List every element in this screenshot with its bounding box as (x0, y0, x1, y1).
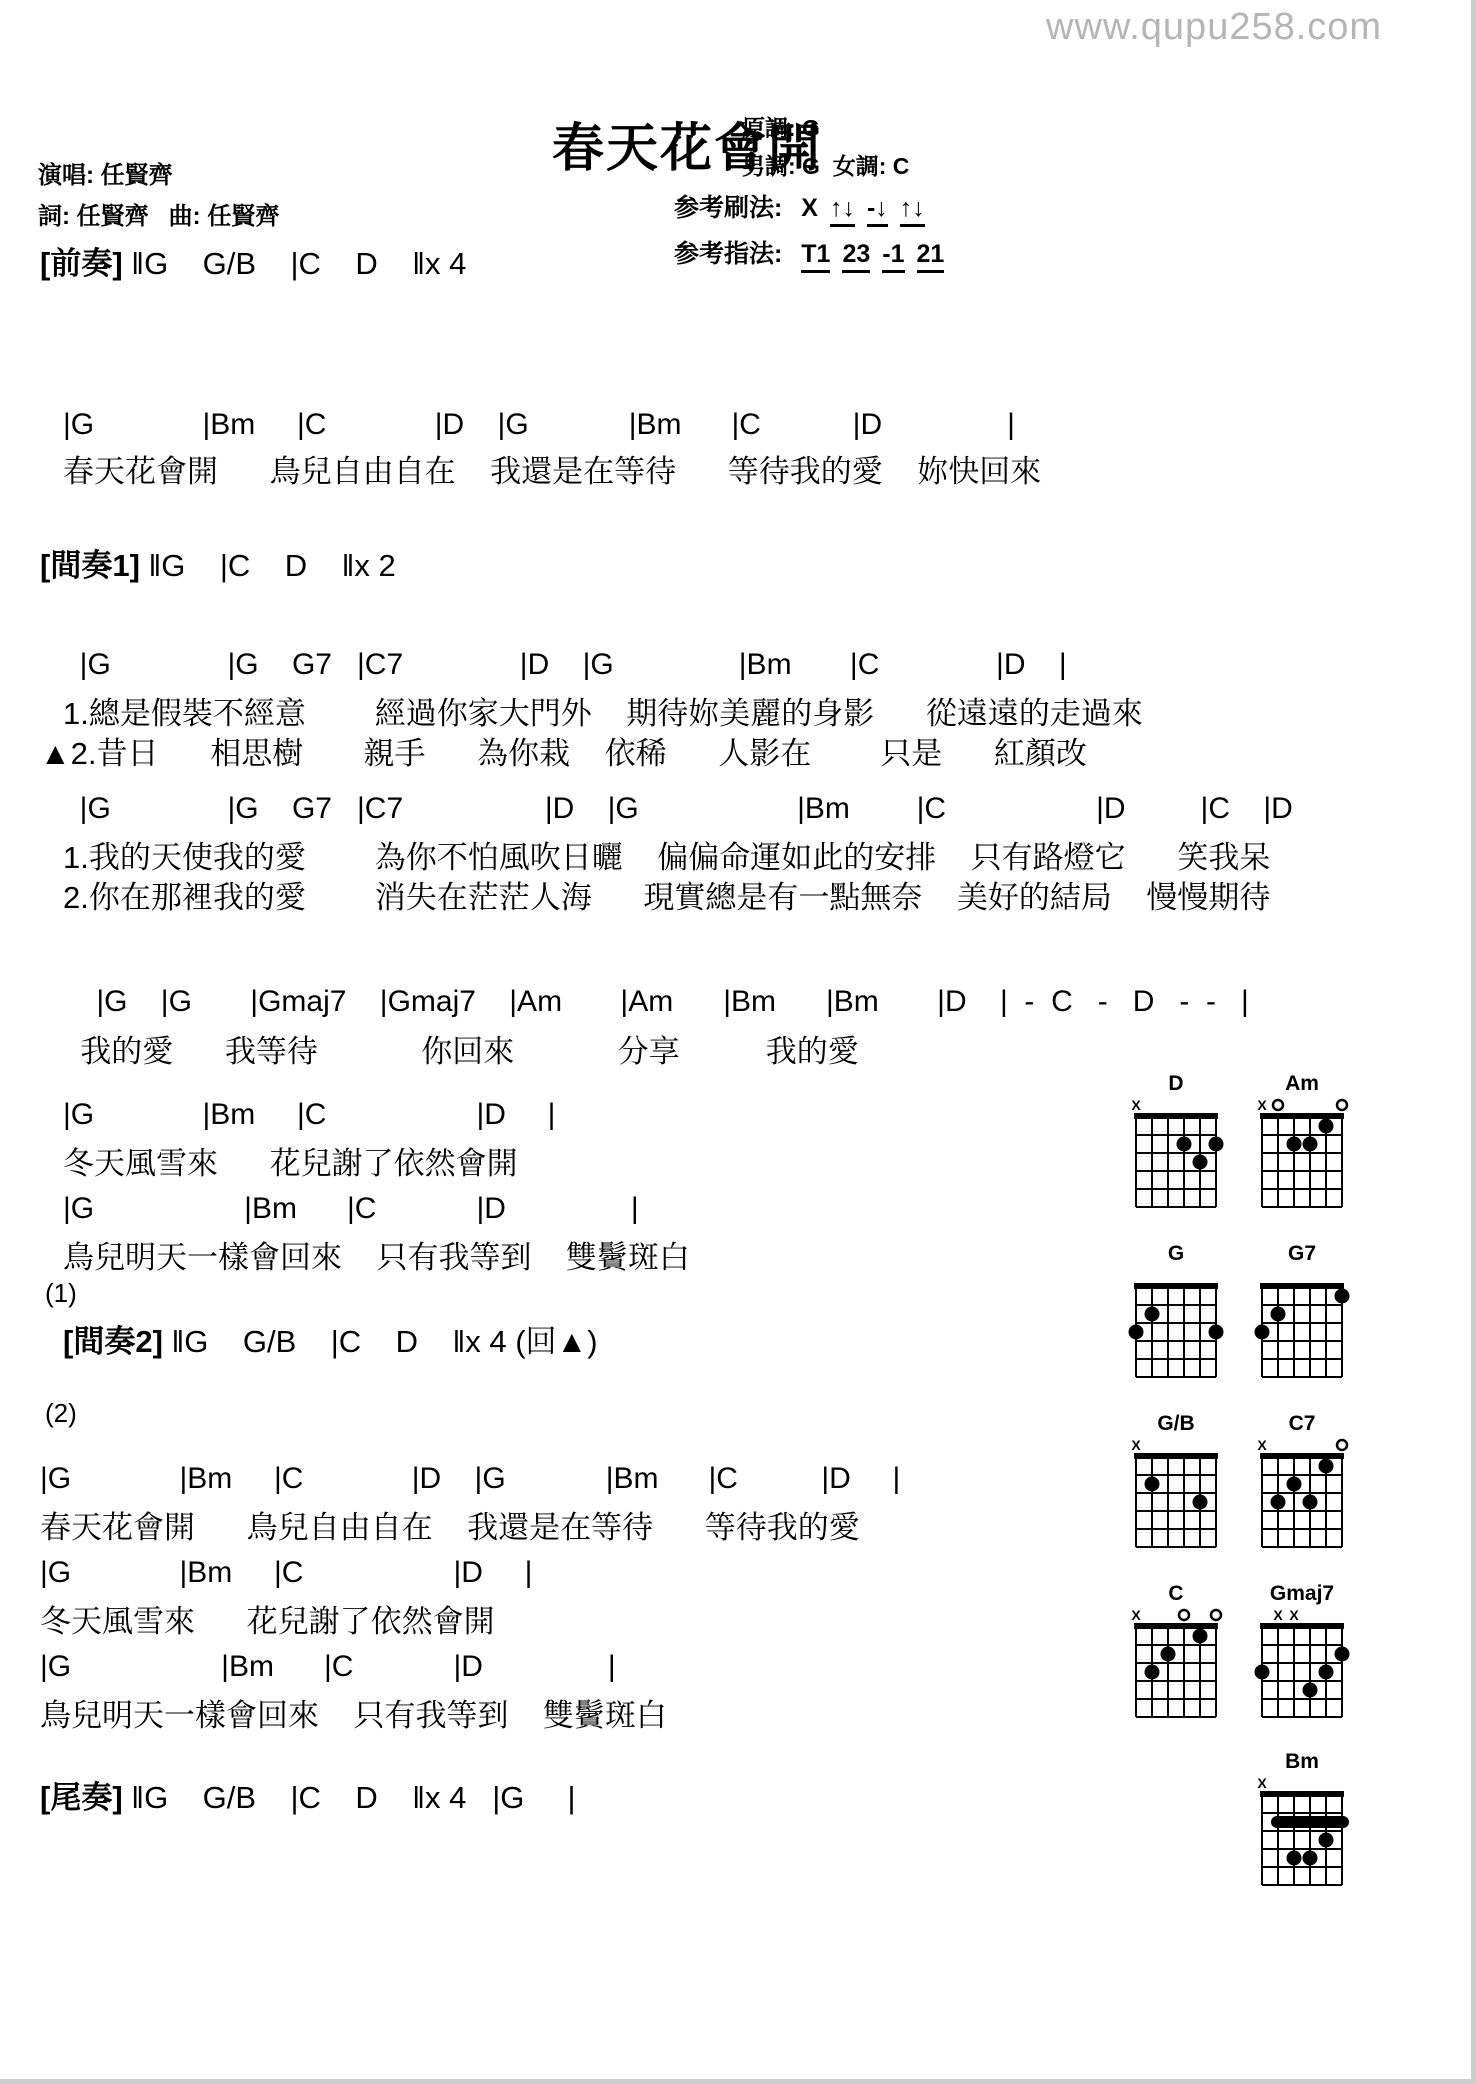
finger-pattern-tokens: T123-121 (801, 240, 956, 268)
chord-diagram-c7: C7X (1248, 1412, 1356, 1550)
chord-grid: X (1248, 1774, 1356, 1888)
intro-label: [前奏] (40, 246, 123, 281)
male-female-key-label: 男調: G 女調: C (742, 148, 909, 181)
bridge1-chords: |G |Bm |C |D | (63, 1098, 555, 1132)
chord-diagram-gmaj7: Gmaj7XX (1248, 1582, 1356, 1720)
pattern-token: -↓ (867, 194, 888, 227)
chord-grid (1248, 1266, 1356, 1380)
chord-name-label: D (1122, 1072, 1230, 1096)
chord-diagram-c: CX (1122, 1582, 1230, 1720)
strum-pattern-label: 参考刷法: (674, 194, 789, 222)
chord-grid (1122, 1266, 1230, 1380)
svg-text:X: X (1257, 1775, 1267, 1791)
chorus-lyrics: 我的愛 我等待 你回來 分享 我的愛 (63, 1026, 859, 1071)
singer-credit: 演唱: 任賢齊 (38, 155, 173, 190)
svg-text:X: X (1131, 1097, 1141, 1113)
pattern-token: -1 (882, 240, 904, 273)
outro-label: [尾奏] (40, 1780, 123, 1815)
pattern-token: 23 (842, 240, 870, 273)
verse0-lyrics: 春天花會開 鳥兒自由自在 我還是在等待 等待我的愛 妳快回來 (63, 446, 1041, 491)
chord-grid: X (1122, 1096, 1230, 1210)
interlude1-line: [間奏1] ‖G |C D ‖x 2 (40, 540, 396, 585)
interlude2-line: [間奏2] ‖G G/B |C D ‖x 4 (回▲) (63, 1316, 598, 1361)
bridge4-chords: |G |Bm |C |D | (40, 1650, 616, 1684)
chord-name-label: Am (1248, 1072, 1356, 1096)
verse1-lyrics-2: ▲2.昔日 相思樹 親手 為你栽 依稀 人影在 只是 紅顏改 (40, 728, 1087, 773)
verse3-chords: |G |Bm |C |D |G |Bm |C |D | (40, 1462, 900, 1496)
verse2-chords: |G |G G7 |C7 |D |G |Bm |C |D |C |D (63, 792, 1293, 826)
chord-diagram-g-b: G/BX (1122, 1412, 1230, 1550)
svg-text:X: X (1257, 1437, 1267, 1453)
svg-text:X: X (1131, 1607, 1141, 1623)
svg-text:X: X (1131, 1437, 1141, 1453)
chord-grid: X (1248, 1096, 1356, 1210)
chord-name-label: C (1122, 1582, 1230, 1606)
outro-chords: ‖G G/B |C D ‖x 4 |G | (123, 1780, 576, 1815)
svg-text:X: X (1289, 1607, 1299, 1623)
bridge2-chords: |G |Bm |C |D | (63, 1192, 639, 1226)
interlude1-chords: ‖G |C D ‖x 2 (140, 548, 396, 583)
chord-diagram-am: AmX (1248, 1072, 1356, 1210)
chord-sheet-page: www.qupu258.com 春天花會開 原調: G 男調: G 女調: C … (0, 0, 1476, 2084)
pattern-token: T1 (801, 240, 830, 273)
interlude2-label: [間奏2] (63, 1324, 163, 1359)
outro-line: [尾奏] ‖G G/B |C D ‖x 4 |G | (40, 1772, 576, 1817)
chord-diagram-bm: BmX (1248, 1750, 1356, 1888)
repeat-mark-1: (1) (45, 1278, 77, 1309)
site-watermark: www.qupu258.com (1046, 6, 1382, 49)
strum-pattern-tokens: X↑↓-↓↑↓ (801, 194, 937, 222)
chord-diagram-g: G (1122, 1242, 1230, 1380)
intro-line: [前奏] ‖G G/B |C D ‖x 4 (40, 238, 466, 283)
chord-grid: X (1248, 1436, 1356, 1550)
verse1-chords: |G |G G7 |C7 |D |G |Bm |C |D | (63, 648, 1067, 682)
chord-name-label: C7 (1248, 1412, 1356, 1436)
bridge3-chords: |G |Bm |C |D | (40, 1556, 532, 1590)
svg-text:X: X (1257, 1097, 1267, 1113)
chord-grid: XX (1248, 1606, 1356, 1720)
chord-diagram-d: DX (1122, 1072, 1230, 1210)
chord-diagram-g7: G7 (1248, 1242, 1356, 1380)
interlude1-label: [間奏1] (40, 548, 140, 583)
verse0-chords: |G |Bm |C |D |G |Bm |C |D | (63, 408, 1015, 442)
chord-name-label: Gmaj7 (1248, 1582, 1356, 1606)
chord-name-label: G7 (1248, 1242, 1356, 1266)
original-key-label: 原調: G (742, 110, 820, 143)
verse2-lyrics-2: 2.你在那裡我的愛 消失在茫茫人海 現實總是有一點無奈 美好的結局 慢慢期待 (63, 872, 1270, 917)
pattern-token: ↑↓ (830, 194, 855, 227)
bridge3-lyrics: 冬天風雪來 花兒謝了依然會開 (40, 1596, 495, 1641)
bridge4-lyrics: 鳥兒明天一樣會回來 只有我等到 雙鬢斑白 (40, 1690, 667, 1735)
chord-name-label: G (1122, 1242, 1230, 1266)
repeat-mark-2: (2) (45, 1398, 77, 1429)
finger-pattern-label: 参考指法: (674, 240, 789, 268)
strum-pattern-line: 参考刷法: X↑↓-↓↑↓ (674, 188, 949, 224)
intro-chords: ‖G G/B |C D ‖x 4 (123, 246, 467, 281)
bridge2-lyrics: 鳥兒明天一樣會回來 只有我等到 雙鬢斑白 (63, 1232, 690, 1277)
chord-grid: X (1122, 1606, 1230, 1720)
chorus-chords: |G |G |Gmaj7 |Gmaj7 |Am |Am |Bm |Bm |D |… (63, 985, 1249, 1019)
chord-grid: X (1122, 1436, 1230, 1550)
pattern-token: 21 (917, 240, 945, 273)
verse2-lyrics-1: 1.我的天使我的愛 為你不怕風吹日曬 偏偏命運如此的安排 只有路燈它 笑我呆 (63, 832, 1270, 877)
bridge1-lyrics: 冬天風雪來 花兒謝了依然會開 (63, 1138, 518, 1183)
finger-pattern-line: 参考指法: T123-121 (674, 234, 968, 270)
svg-text:X: X (1273, 1607, 1283, 1623)
pattern-token: X (801, 194, 818, 222)
chord-name-label: Bm (1248, 1750, 1356, 1774)
interlude2-chords: ‖G G/B |C D ‖x 4 (回▲) (163, 1324, 598, 1359)
pattern-token: ↑↓ (900, 194, 925, 227)
lyrics-music-credit: 詞: 任賢齊 曲: 任賢齊 (38, 196, 279, 231)
verse3-lyrics: 春天花會開 鳥兒自由自在 我還是在等待 等待我的愛 (40, 1502, 860, 1547)
chord-name-label: G/B (1122, 1412, 1230, 1436)
verse1-lyrics-1: 1.總是假裝不經意 經過你家大門外 期待妳美麗的身影 從遠遠的走過來 (63, 688, 1143, 733)
